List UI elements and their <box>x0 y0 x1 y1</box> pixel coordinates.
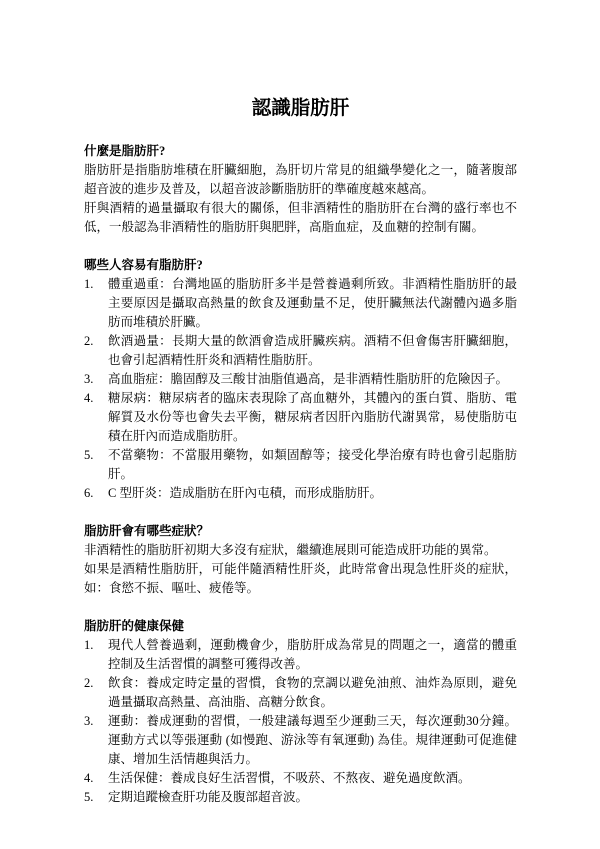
sections-container: 什麼是脂肪肝?脂肪肝是指脂肪堆積在肝臟細胞，為肝切片常見的組織學變化之一，隨著腹… <box>84 142 517 807</box>
list-item-number: 6. <box>84 484 108 503</box>
section-heading: 哪些人容易有脂肪肝? <box>84 256 517 275</box>
list-item: 1.體重過重：台灣地區的脂肪肝多半是營養過剩所致。非酒精性脂肪肝的最主要原因是攝… <box>84 275 517 332</box>
list-item: 2.飲酒過量：長期大量的飲酒會造成肝臟疾病。酒精不但會傷害肝臟細胞，也會引起酒精… <box>84 332 517 370</box>
list-item-number: 5. <box>84 788 108 807</box>
list-item: 6.C 型肝炎：造成脂肪在肝內屯積，而形成脂肪肝。 <box>84 484 517 503</box>
list-item: 1.現代人營養過剩，運動機會少，脂肪肝成為常見的問題之一，適當的體重控制及生活習… <box>84 636 517 674</box>
list-item: 4.生活保健：養成良好生活習慣，不吸菸、不熬夜、避免過度飲酒。 <box>84 769 517 788</box>
document-section: 脂肪肝會有哪些症狀？非酒精性的脂肪肝初期大多沒有症狀，繼續進展則可能造成肝功能的… <box>84 522 517 598</box>
list-item: 3.運動：養成運動的習慣，一般建議每週至少運動三天，每次運動30分鐘。運動方式以… <box>84 712 517 769</box>
document-section: 什麼是脂肪肝?脂肪肝是指脂肪堆積在肝臟細胞，為肝切片常見的組織學變化之一，隨著腹… <box>84 142 517 237</box>
list-item: 3.高血脂症：膽固醇及三酸甘油脂值過高，是非酒精性脂肪肝的危險因子。 <box>84 370 517 389</box>
list-item-number: 3. <box>84 712 108 731</box>
document-page: 認識脂肪肝 什麼是脂肪肝?脂肪肝是指脂肪堆積在肝臟細胞，為肝切片常見的組織學變化… <box>0 0 600 849</box>
list-item-number: 2. <box>84 674 108 693</box>
section-heading: 脂肪肝會有哪些症狀？ <box>84 522 517 541</box>
list-item-text: 體重過重：台灣地區的脂肪肝多半是營養過剩所致。非酒精性脂肪肝的最主要原因是攝取高… <box>108 275 517 332</box>
list-item-text: 飲食：養成定時定量的習慣，食物的烹調以避免油煎、油炸為原則，避免過量攝取高熱量、… <box>108 674 517 712</box>
list-item-text: 飲酒過量：長期大量的飲酒會造成肝臟疾病。酒精不但會傷害肝臟細胞，也會引起酒精性肝… <box>108 332 517 370</box>
list-item-number: 5. <box>84 446 108 465</box>
paragraph: 非酒精性的脂肪肝初期大多沒有症狀，繼續進展則可能造成肝功能的異常。 <box>84 541 517 560</box>
document-title: 認識脂肪肝 <box>84 96 517 122</box>
list-item-text: 定期追蹤檢查肝功能及腹部超音波。 <box>108 788 517 807</box>
paragraph: 肝與酒精的過量攝取有很大的關係，但非酒精性的脂肪肝在台灣的盛行率也不低，一般認為… <box>84 199 517 237</box>
list-item: 2.飲食：養成定時定量的習慣，食物的烹調以避免油煎、油炸為原則，避免過量攝取高熱… <box>84 674 517 712</box>
list-item-text: C 型肝炎：造成脂肪在肝內屯積，而形成脂肪肝。 <box>108 484 517 503</box>
list-item-text: 運動：養成運動的習慣，一般建議每週至少運動三天，每次運動30分鐘。運動方式以等張… <box>108 712 517 769</box>
list-item-number: 1. <box>84 636 108 655</box>
document-section: 脂肪肝的健康保健1.現代人營養過剩，運動機會少，脂肪肝成為常見的問題之一，適當的… <box>84 617 517 807</box>
list-item: 5.定期追蹤檢查肝功能及腹部超音波。 <box>84 788 517 807</box>
list-item-text: 不當藥物：不當服用藥物，如類固醇等；接受化學治療有時也會引起脂肪肝。 <box>108 446 517 484</box>
list-item-text: 生活保健：養成良好生活習慣，不吸菸、不熬夜、避免過度飲酒。 <box>108 769 517 788</box>
list-item-number: 4. <box>84 769 108 788</box>
list-item-text: 糖尿病：糖尿病者的臨床表現除了高血糖外，其體內的蛋白質、脂肪、電解質及水份等也會… <box>108 389 517 446</box>
list-item-text: 現代人營養過剩，運動機會少，脂肪肝成為常見的問題之一，適當的體重控制及生活習慣的… <box>108 636 517 674</box>
section-heading: 什麼是脂肪肝? <box>84 142 517 161</box>
paragraph: 脂肪肝是指脂肪堆積在肝臟細胞，為肝切片常見的組織學變化之一，隨著腹部超音波的進步… <box>84 161 517 199</box>
list-item-number: 3. <box>84 370 108 389</box>
list-item: 5.不當藥物：不當服用藥物，如類固醇等；接受化學治療有時也會引起脂肪肝。 <box>84 446 517 484</box>
list-item-number: 2. <box>84 332 108 351</box>
paragraph: 如果是酒精性脂肪肝，可能伴隨酒精性肝炎，此時常會出現急性肝炎的症狀，如：食慾不振… <box>84 560 517 598</box>
list-item-number: 1. <box>84 275 108 294</box>
list-item: 4.糖尿病：糖尿病者的臨床表現除了高血糖外，其體內的蛋白質、脂肪、電解質及水份等… <box>84 389 517 446</box>
list-item-text: 高血脂症：膽固醇及三酸甘油脂值過高，是非酒精性脂肪肝的危險因子。 <box>108 370 517 389</box>
section-heading: 脂肪肝的健康保健 <box>84 617 517 636</box>
list-item-number: 4. <box>84 389 108 408</box>
document-section: 哪些人容易有脂肪肝?1.體重過重：台灣地區的脂肪肝多半是營養過剩所致。非酒精性脂… <box>84 256 517 503</box>
